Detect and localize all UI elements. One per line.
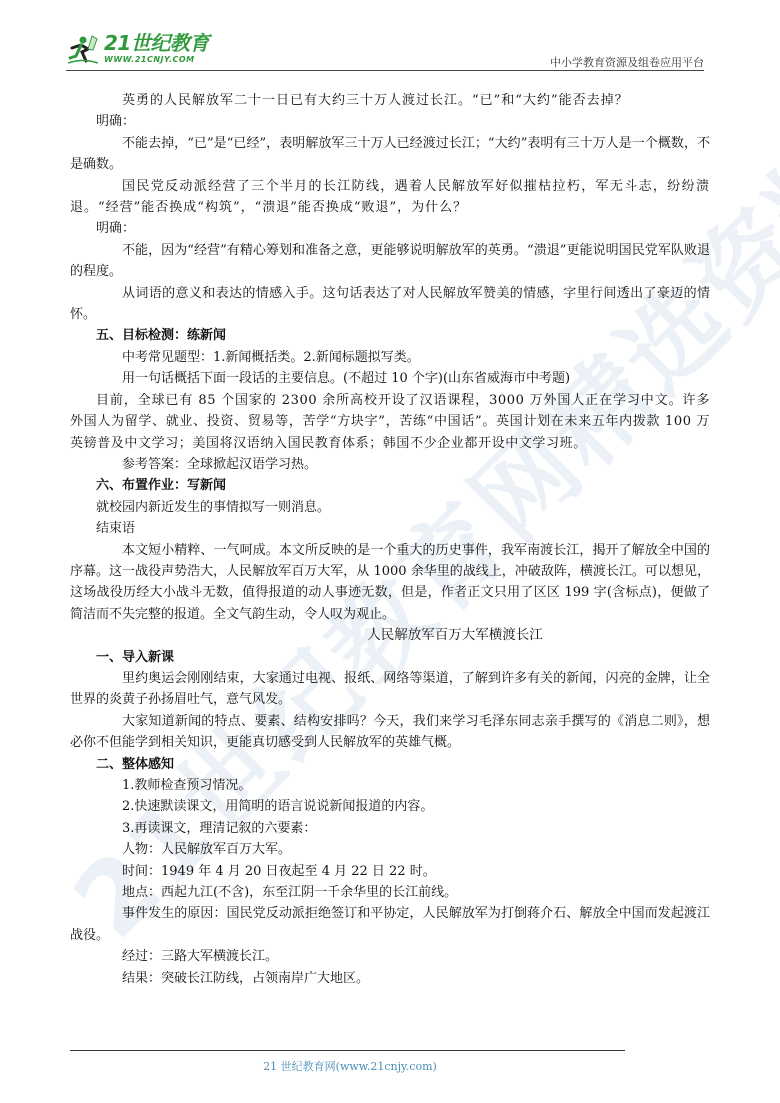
paragraph: 大家知道新闻的特点、要素、结构安排吗？今天，我们来学习毛泽东同志亲手撰写的《消息… <box>70 711 710 754</box>
paragraph: 从词语的意义和表达的情感入手。这句话表达了对人民解放军赞美的情感，字里行间透出了… <box>70 283 710 326</box>
section-heading-6: 六、布置作业：写新闻 <box>70 475 710 496</box>
paragraph: 明确： <box>70 218 710 239</box>
paragraph: 2.快速默读课文，用简明的语言说说新闻报道的内容。 <box>70 796 710 817</box>
paragraph: 英勇的人民解放军二十一日已有大约三十万人渡过长江。“已”和“大约”能否去掉？ <box>70 90 710 111</box>
paragraph: 国民党反动派经营了三个半月的长江防线，遇着人民解放军好似摧枯拉朽，军无斗志，纷纷… <box>70 176 710 219</box>
logo-url: WWW.21CNJY.COM <box>104 55 195 64</box>
section-heading-5: 五、目标检测：练新闻 <box>70 325 710 346</box>
section-heading-1: 一、导入新课 <box>70 647 710 668</box>
footer-link[interactable]: 21 世纪教育网(www.21cnjy.com) <box>0 1058 700 1074</box>
paragraph: 事件发生的原因：国民党反动派拒绝签订和平协定，人民解放军为打倒蒋介石、解放全中国… <box>70 903 710 946</box>
runner-icon <box>68 34 98 64</box>
paragraph: 经过：三路大军横渡长江。 <box>70 946 710 967</box>
paragraph: 不能，因为“经营”有精心筹划和准备之意，更能够说明解放军的英勇。“溃退”更能说明… <box>70 240 710 283</box>
site-logo[interactable]: 21世纪教育 WWW.21CNJY.COM <box>66 28 236 68</box>
lesson-title: 人民解放军百万大军横渡长江 <box>70 625 710 646</box>
paragraph: 本文短小精粹、一气呵成。本文所反映的是一个重大的历史事件，我军南渡长江，揭开了解… <box>70 540 710 626</box>
paragraph: 参考答案：全球掀起汉语学习热。 <box>70 454 710 475</box>
logo-title: 21世纪教育 <box>104 32 209 54</box>
section-heading-2: 二、整体感知 <box>70 754 710 775</box>
paragraph: 人物：人民解放军百万大军。 <box>70 839 710 860</box>
paragraph: 时间：1949 年 4 月 20 日夜起至 4 月 22 日 22 时。 <box>70 861 710 882</box>
paragraph: 中考常见题型：1.新闻概括类。2.新闻标题拟写类。 <box>70 347 710 368</box>
paragraph: 目前，全球已有 85 个国家的 2300 余所高校开设了汉语课程，3000 万外… <box>70 390 710 454</box>
platform-tagline: 中小学教育资源及组卷应用平台 <box>550 54 704 70</box>
header-divider <box>66 70 704 71</box>
paragraph: 结束语 <box>70 518 710 539</box>
paragraph: 不能去掉，“已”是“已经”，表明解放军三十万人已经渡过长江；“大约”表明有三十万… <box>70 133 710 176</box>
paragraph: 1.教师检查预习情况。 <box>70 775 710 796</box>
paragraph: 用一句话概括下面一段话的主要信息。(不超过 10 个字)(山东省威海市中考题) <box>70 368 710 389</box>
paragraph: 结果：突破长江防线，占领南岸广大地区。 <box>70 968 710 989</box>
document-body: 英勇的人民解放军二十一日已有大约三十万人渡过长江。“已”和“大约”能否去掉？ 明… <box>70 90 710 989</box>
paragraph: 明确： <box>70 111 710 132</box>
paragraph: 里约奥运会刚刚结束，大家通过电视、报纸、网络等渠道，了解到许多有关的新闻，闪亮的… <box>70 668 710 711</box>
paragraph: 地点：西起九江(不含)，东至江阴一千余华里的长江前线。 <box>70 882 710 903</box>
paragraph: 3.再读课文，理清记叙的六要素： <box>70 818 710 839</box>
paragraph: 就校园内新近发生的事情拟写一则消息。 <box>70 497 710 518</box>
page-header: 21世纪教育 WWW.21CNJY.COM 中小学教育资源及组卷应用平台 <box>66 28 704 70</box>
footer-divider <box>70 1050 625 1051</box>
